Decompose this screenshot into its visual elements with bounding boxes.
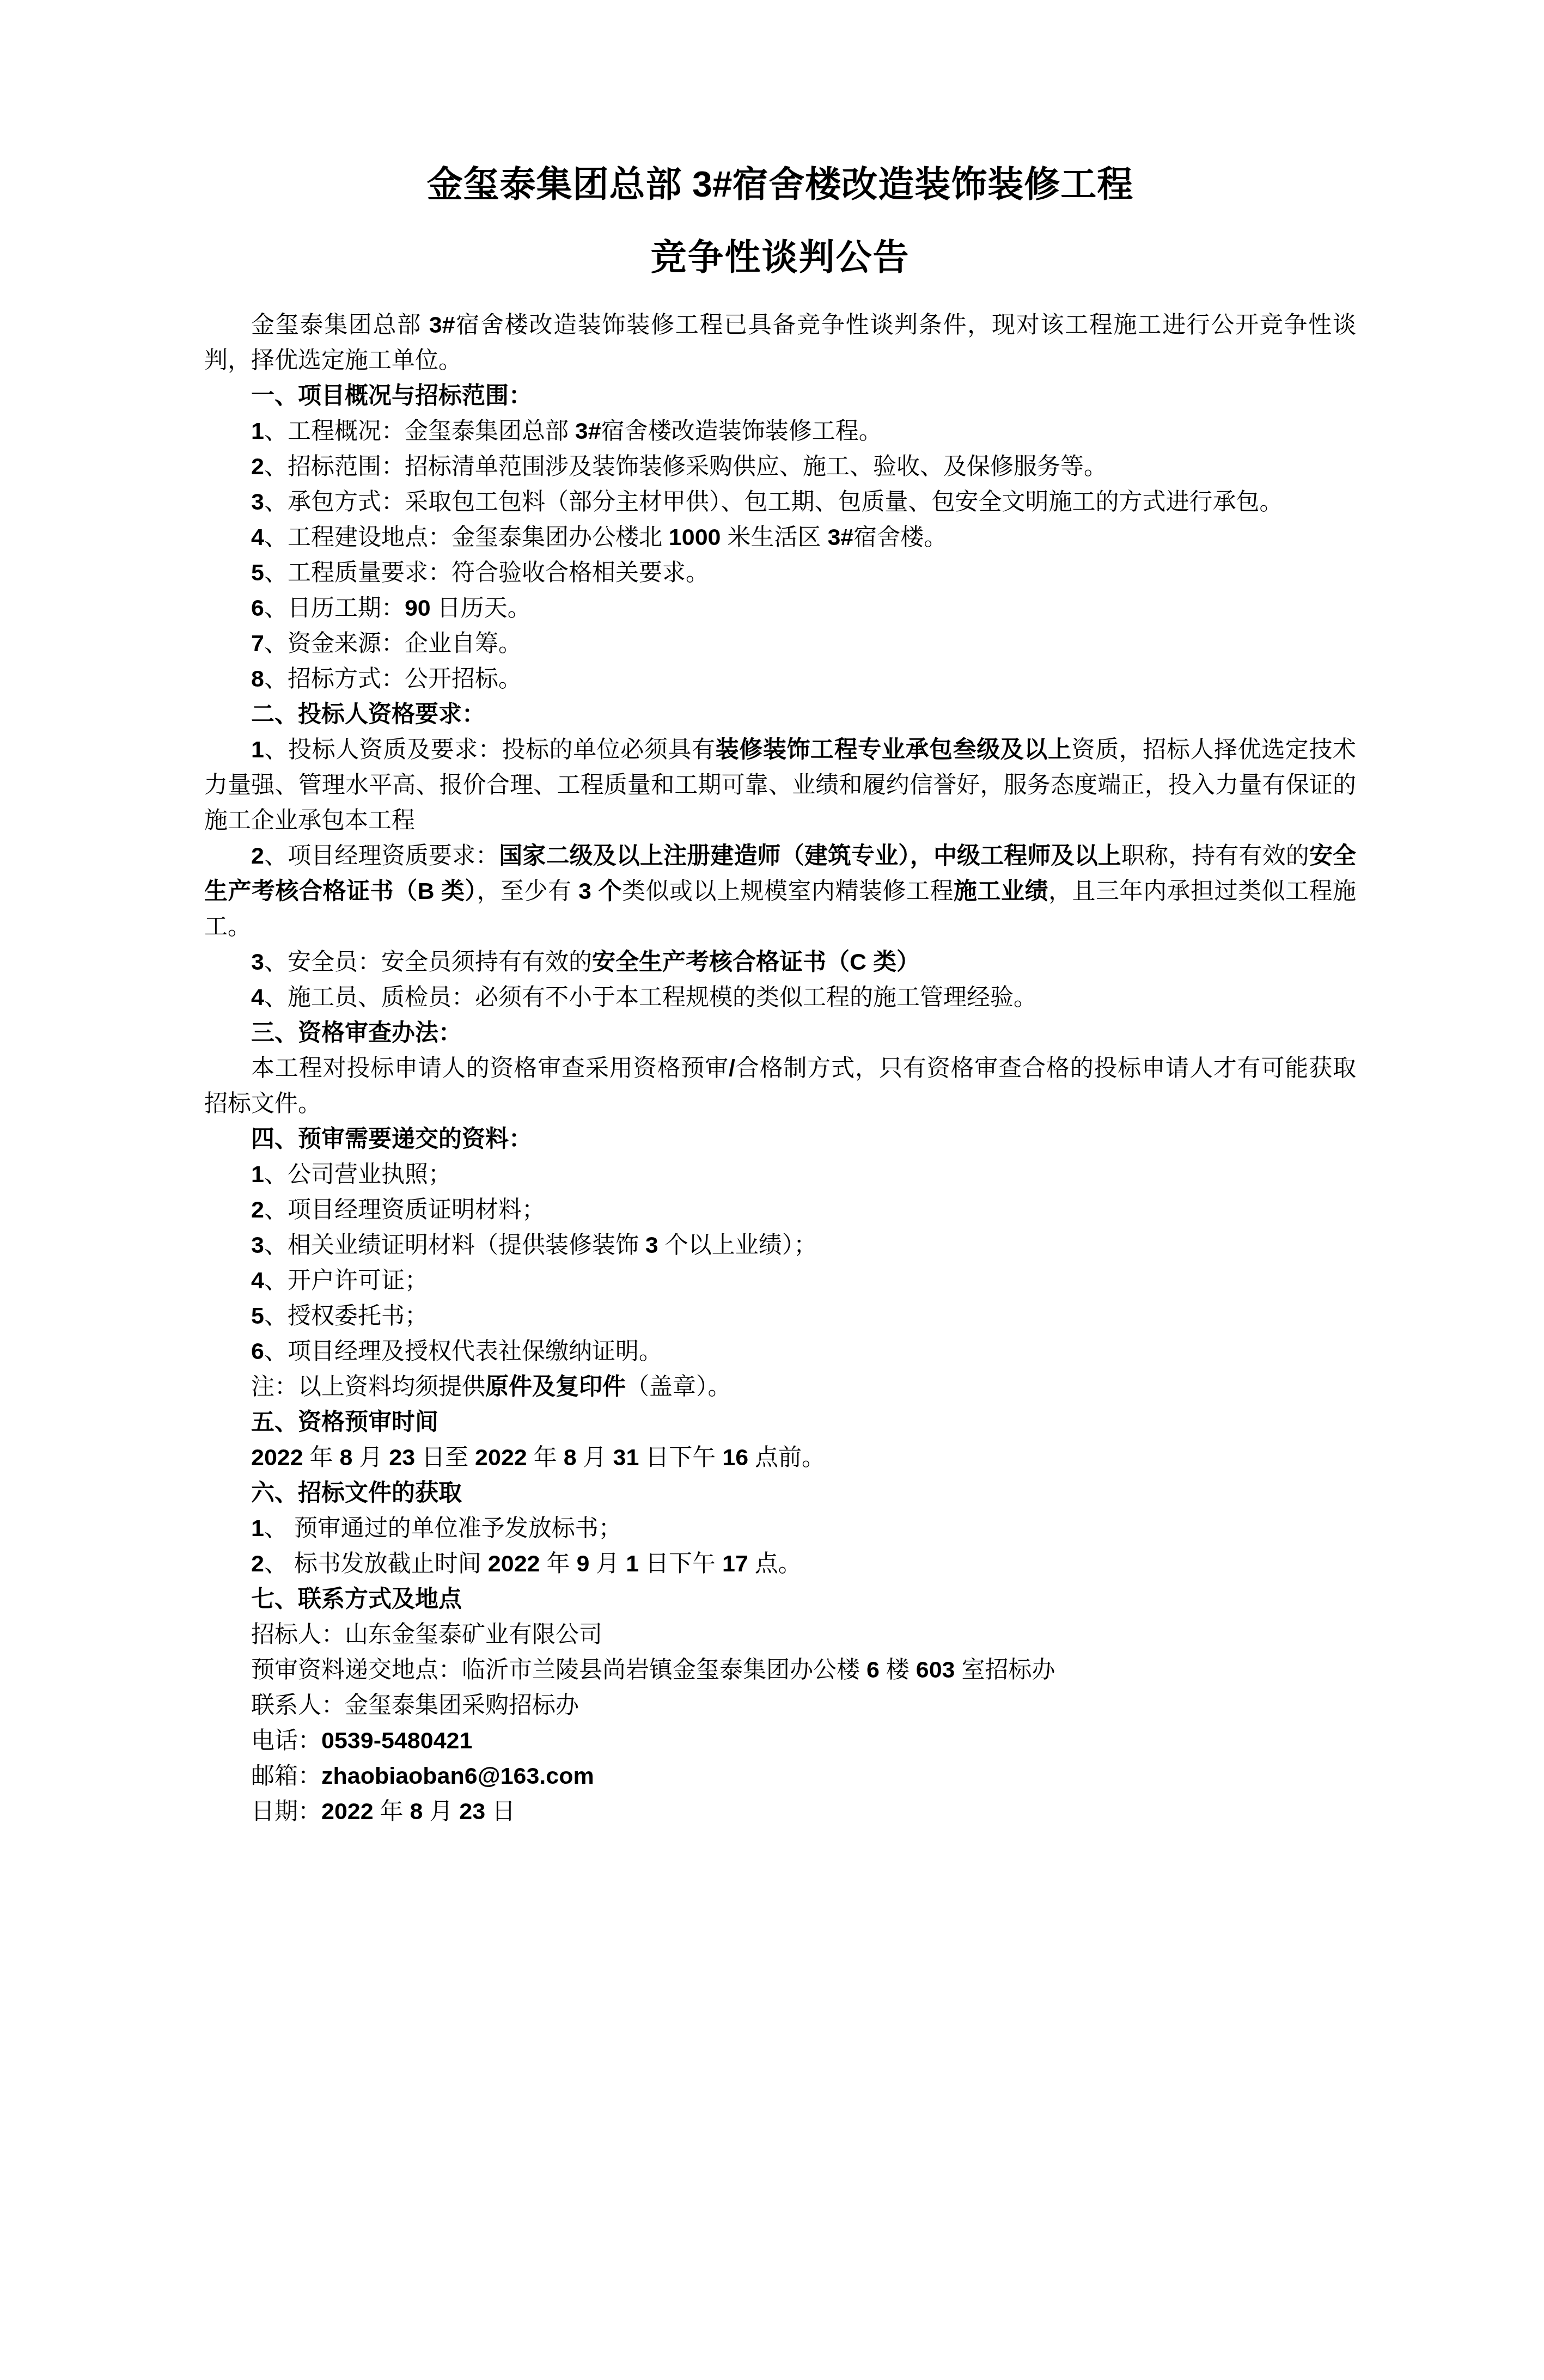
project-overview-item-2: 2、招标范围：招标清单范围涉及装饰装修采购供应、施工、验收、及保修服务等。 (204, 449, 1356, 485)
latin-text: 3# (422, 312, 455, 338)
text-run: 四、预审需要递交的资料： (251, 1127, 532, 1152)
text-run: 5、工程质量要求：符合验收合格相关要求。 (251, 560, 709, 586)
text-run: 五、资格预审时间 (251, 1410, 438, 1435)
latin-text: 8 (333, 1445, 359, 1471)
text-run: 金玺泰集团总部 3#宿舍楼改造装饰装修工程已具备竞争性谈判条件，现对该工程施工进… (204, 313, 1356, 374)
latin-text: 23 (453, 1798, 492, 1825)
latin-text: 4 (251, 984, 264, 1011)
latin-text: 3# (821, 524, 853, 550)
section-6-heading: 六、招标文件的获取 (204, 1476, 1356, 1511)
contact-date: 日期：2022 年 8 月 23 日 (204, 1794, 1356, 1830)
project-overview-item-7: 7、资金来源：企业自筹。 (204, 626, 1356, 662)
bold-text-run: 原件及复印件 (485, 1374, 626, 1400)
latin-text: 2 (251, 454, 264, 480)
section-5-heading: 五、资格预审时间 (204, 1405, 1356, 1440)
latin-text: 3 (251, 489, 264, 515)
latin-text: 5 (251, 560, 264, 586)
latin-text: 1 (251, 737, 264, 763)
text-run: 2022 年 8 月 23 日至 2022 年 8 月 31 日下午 16 点前… (251, 1445, 825, 1471)
bidder-qualification-item-2: 2、项目经理资质要求：国家二级及以上注册建造师（建筑专业），中级工程师及以上职称… (204, 839, 1356, 945)
text-run: 3、相关业绩证明材料（提供装修装饰 3 个以上业绩）； (251, 1233, 817, 1258)
bold-text-run: 国家二级及以上注册建造师（建筑专业），中级工程师及以上 (499, 843, 1121, 869)
text-run: 1、公司营业执照； (251, 1162, 451, 1188)
latin-text: 8 (557, 1445, 583, 1471)
document-title: 金玺泰集团总部 3#宿舍楼改造装饰装修工程 (204, 161, 1356, 209)
project-overview-item-4: 4、工程建设地点：金玺泰集团办公楼北 1000 米生活区 3#宿舍楼。 (204, 520, 1356, 555)
latin-text: B (418, 878, 442, 904)
text-run: 电话：0539-5480421 (251, 1728, 472, 1754)
text-run: 2、项目经理资质要求： (251, 843, 499, 869)
contact-phone: 电话：0539-5480421 (204, 1723, 1356, 1759)
bold-text-run: 装修装饰工程专业承包叁级及以上 (716, 737, 1072, 763)
latin-text: 1 (251, 418, 264, 444)
latin-text: C (850, 949, 873, 975)
contact-email: 邮箱：zhaobiaoban6@163.com (204, 1759, 1356, 1794)
latin-text: 5 (251, 1303, 264, 1329)
latin-text: 2022 (251, 1445, 310, 1471)
latin-text: 16 (716, 1445, 755, 1471)
text-run: 8、招标方式：公开招标。 (251, 666, 522, 692)
text-run: 预审资料递交地点：临沂市兰陵县尚岩镇金玺泰集团办公楼 6 楼 603 室招标办 (251, 1657, 1055, 1683)
latin-text: 3 (639, 1232, 665, 1258)
latin-text (288, 1551, 294, 1577)
bidder-qualification-item-1: 1、投标人资质及要求：投标的单位必须具有装修装饰工程专业承包叁级及以上资质，招标… (204, 732, 1356, 839)
prequalification-material-item-2: 2、项目经理资质证明材料； (204, 1192, 1356, 1228)
latin-text: 31 (607, 1445, 646, 1471)
latin-text: 90 (405, 595, 437, 621)
section-4-heading: 四、预审需要递交的资料： (204, 1122, 1356, 1157)
latin-text: 6 (860, 1657, 886, 1683)
bidder-qualification-item-3: 3、安全员：安全员须持有有效的安全生产考核合格证书（C 类） (204, 945, 1356, 980)
latin-text: 4 (251, 1268, 264, 1294)
text-run: 本工程对投标申请人的资格审查采用资格预审/合格制方式，只有资格审查合格的投标申请… (204, 1056, 1356, 1117)
text-run: 6、日历工期：90 日历天。 (251, 596, 531, 621)
text-run: 类似或以上规模室内精装修工程 (622, 879, 954, 904)
latin-text: 23 (382, 1445, 422, 1471)
section-1-heading: 一、项目概况与招标范围： (204, 378, 1356, 414)
text-run: 2、 标书发放截止时间 2022 年 9 月 1 日下午 17 点。 (251, 1551, 802, 1577)
text-run: 邮箱：zhaobiaoban6@163.com (251, 1764, 594, 1789)
latin-text: 8 (404, 1798, 430, 1825)
text-run: 1、 预审通过的单位准予发放标书； (251, 1516, 622, 1541)
latin-text: 3# (569, 418, 601, 444)
text-run: 1、投标人资质及要求：投标的单位必须具有 (251, 737, 716, 763)
latin-text: 2022 (321, 1798, 380, 1825)
project-overview-item-5: 5、工程质量要求：符合验收合格相关要求。 (204, 555, 1356, 591)
latin-text: 8 (251, 666, 264, 692)
contact-address: 预审资料递交地点：临沂市兰陵县尚岩镇金玺泰集团办公楼 6 楼 603 室招标办 (204, 1653, 1356, 1688)
latin-text: 9 (570, 1551, 596, 1577)
latin-text: 6 (251, 595, 264, 621)
text-run: 3、安全员：安全员须持有有效的 (251, 950, 592, 975)
section-7-heading: 七、联系方式及地点 (204, 1582, 1356, 1617)
latin-text: 2 (251, 1197, 264, 1223)
text-run: 1、工程概况：金玺泰集团总部 3#宿舍楼改造装饰装修工程。 (251, 419, 882, 444)
text-run: 三、资格审查办法： (251, 1020, 462, 1046)
bidder-qualification-item-4: 4、施工员、质检员：必须有不小于本工程规模的类似工程的施工管理经验。 (204, 980, 1356, 1015)
latin-text: 3 (251, 1232, 264, 1258)
section-3-heading: 三、资格审查办法： (204, 1015, 1356, 1051)
latin-text (288, 1515, 294, 1541)
latin-text: 1 (251, 1161, 264, 1188)
latin-text: 3 (251, 949, 264, 975)
materials-note: 注：以上资料均须提供原件及复印件（盖章）。 (204, 1369, 1356, 1405)
section-2-heading: 二、投标人资格要求： (204, 697, 1356, 732)
project-overview-item-3: 3、承包方式：采取包工包料（部分主材甲供）、包工期、包质量、包安全文明施工的方式… (204, 485, 1356, 520)
text-run: 5、授权委托书； (251, 1304, 428, 1329)
bold-text-run: 施工业绩 (954, 879, 1048, 904)
prequalification-material-item-1: 1、公司营业执照； (204, 1157, 1356, 1192)
text-run: 注：以上资料均须提供 (251, 1374, 485, 1400)
tender-document-item-2: 2、 标书发放截止时间 2022 年 9 月 1 日下午 17 点。 (204, 1546, 1356, 1582)
latin-text: zhaobiaoban6@163.com (321, 1763, 594, 1789)
document-page: 金玺泰集团总部 3#宿舍楼改造装饰装修工程 竞争性谈判公告 金玺泰集团总部 3#… (0, 0, 1544, 2380)
latin-text: 4 (251, 524, 264, 550)
prequalification-time: 2022 年 8 月 23 日至 2022 年 8 月 31 日下午 16 点前… (204, 1440, 1356, 1476)
latin-text: 1 (619, 1551, 645, 1577)
text-run: 六、招标文件的获取 (251, 1480, 462, 1506)
latin-text: 0539-5480421 (321, 1728, 472, 1754)
latin-text: 2 (251, 843, 264, 869)
latin-text: 2022 (481, 1551, 547, 1577)
text-run: 二、投标人资格要求： (251, 702, 485, 727)
prequalification-material-item-5: 5、授权委托书； (204, 1299, 1356, 1334)
latin-text: 7 (251, 631, 264, 657)
contact-person: 联系人：金玺泰集团采购招标办 (204, 1688, 1356, 1723)
text-run: 联系人：金玺泰集团采购招标办 (251, 1693, 579, 1718)
text-run: 6、项目经理及授权代表社保缴纳证明。 (251, 1339, 662, 1365)
text-run: 4、开户许可证； (251, 1268, 428, 1294)
project-overview-item-1: 1、工程概况：金玺泰集团总部 3#宿舍楼改造装饰装修工程。 (204, 414, 1356, 449)
text-run: 4、施工员、质检员：必须有不小于本工程规模的类似工程的施工管理经验。 (251, 985, 1037, 1011)
text-run: 七、联系方式及地点 (251, 1587, 462, 1612)
latin-text: 6 (251, 1338, 264, 1365)
latin-text: 2 (251, 1551, 264, 1577)
project-overview-item-8: 8、招标方式：公开招标。 (204, 662, 1356, 697)
prequalification-material-item-4: 4、开户许可证； (204, 1263, 1356, 1299)
text-run: 职称，持有有效的 (1121, 843, 1309, 869)
prequalification-material-item-6: 6、项目经理及授权代表社保缴纳证明。 (204, 1334, 1356, 1369)
text-run: 2、项目经理资质证明材料； (251, 1197, 545, 1223)
text-run: 3、承包方式：采取包工包料（部分主材甲供）、包工期、包质量、包安全文明施工的方式… (251, 490, 1283, 515)
text-run: 2、招标范围：招标清单范围涉及装饰装修采购供应、施工、验收、及保修服务等。 (251, 454, 1107, 480)
document-body: 金玺泰集团总部 3#宿舍楼改造装饰装修工程已具备竞争性谈判条件，现对该工程施工进… (204, 308, 1356, 1830)
latin-text (572, 878, 578, 904)
text-run: 4、工程建设地点：金玺泰集团办公楼北 1000 米生活区 3#宿舍楼。 (251, 525, 947, 550)
latin-text: 1000 (662, 524, 728, 550)
latin-text: 3# (682, 164, 733, 204)
tender-document-item-1: 1、 预审通过的单位准予发放标书； (204, 1511, 1356, 1546)
text-run: 7、资金来源：企业自筹。 (251, 631, 522, 657)
latin-text: / (729, 1055, 735, 1081)
text-run: 一、项目概况与招标范围： (251, 383, 532, 409)
document-subtitle: 竞争性谈判公告 (204, 235, 1356, 282)
latin-text: 3 (578, 878, 598, 904)
latin-text: 2022 (468, 1445, 534, 1471)
prequalification-material-item-3: 3、相关业绩证明材料（提供装修装饰 3 个以上业绩）； (204, 1228, 1356, 1263)
bold-text-run: 3 个 (578, 879, 622, 904)
text-run: ，至少有 (477, 879, 578, 904)
latin-text: 1 (251, 1515, 264, 1541)
intro-paragraph: 金玺泰集团总部 3#宿舍楼改造装饰装修工程已具备竞争性谈判条件，现对该工程施工进… (204, 308, 1356, 378)
text-run: 招标人：山东金玺泰矿业有限公司 (251, 1622, 602, 1648)
bold-text-run: 安全生产考核合格证书（C 类） (592, 950, 920, 975)
project-overview-item-6: 6、日历工期：90 日历天。 (204, 591, 1356, 626)
contact-tenderer: 招标人：山东金玺泰矿业有限公司 (204, 1617, 1356, 1653)
qualification-review-paragraph: 本工程对投标申请人的资格审查采用资格预审/合格制方式，只有资格审查合格的投标申请… (204, 1051, 1356, 1122)
latin-text: 17 (716, 1551, 755, 1577)
text-run: （盖章）。 (626, 1374, 731, 1400)
latin-text: 603 (910, 1657, 962, 1683)
text-run: 日期：2022 年 8 月 23 日 (251, 1799, 515, 1825)
